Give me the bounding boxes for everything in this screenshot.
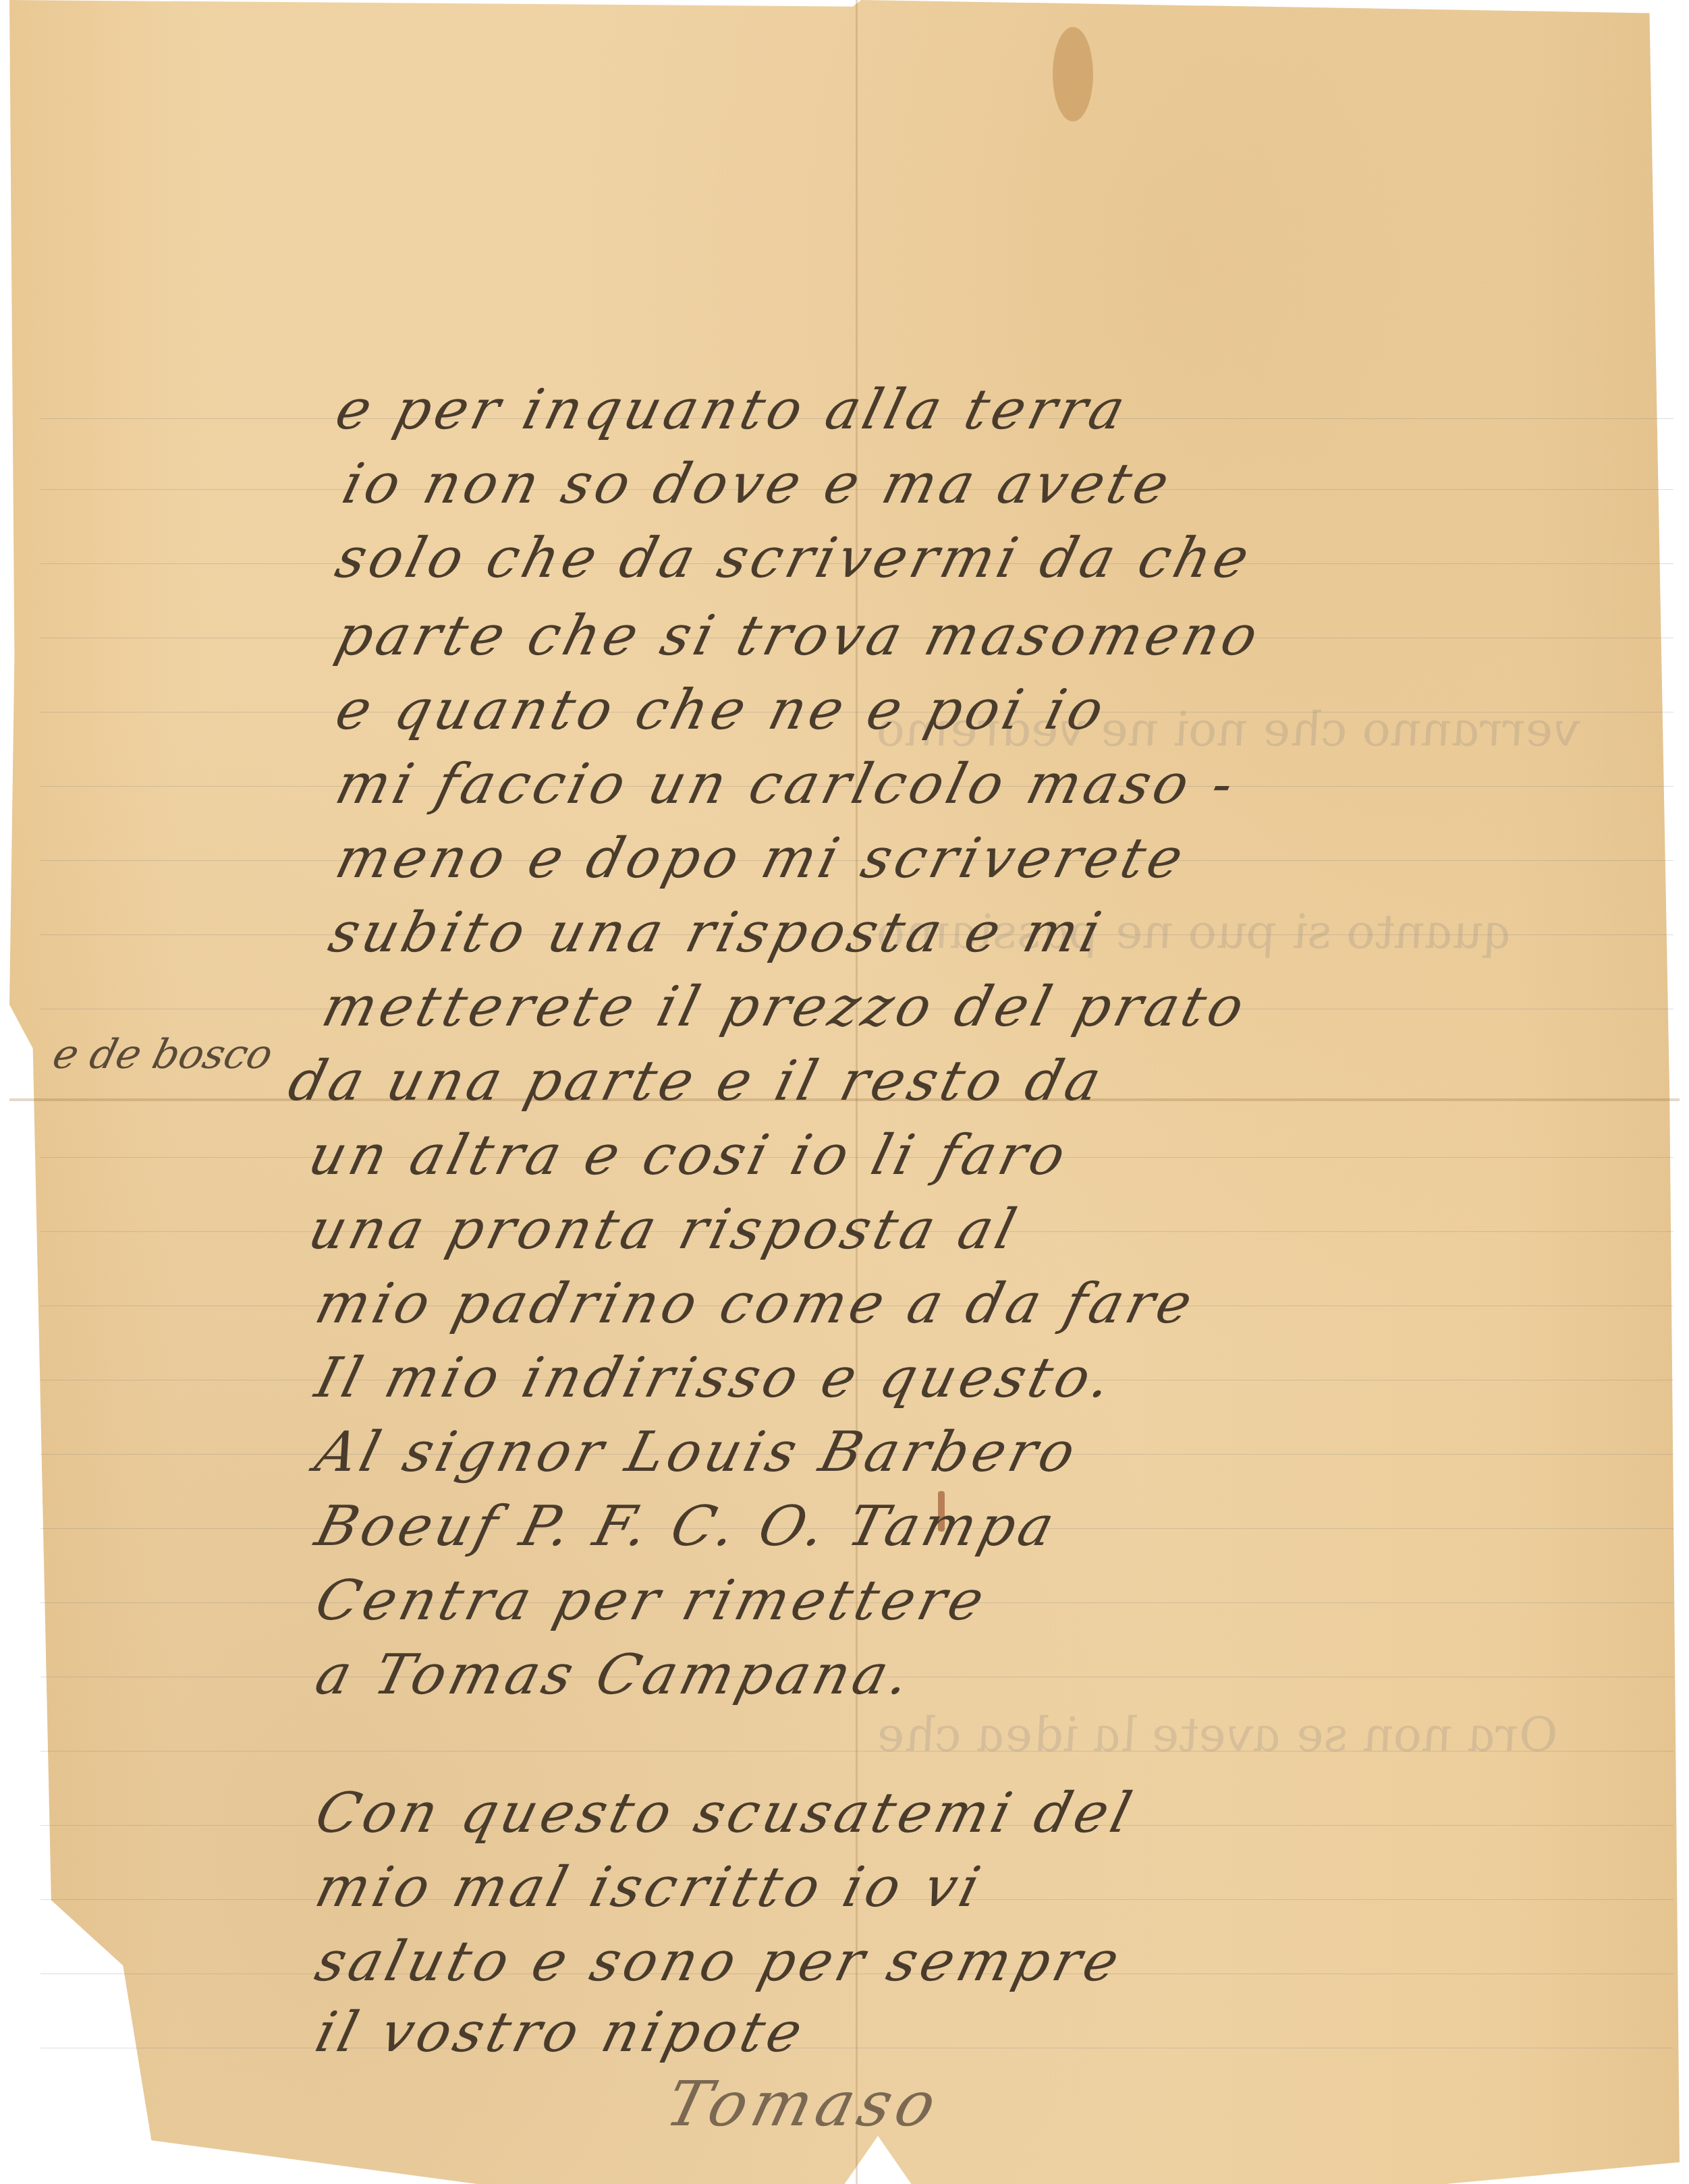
letter-line: Il mio indirisso e questo.: [309, 1346, 1122, 1410]
letter-line: Con questo scusatemi del: [309, 1781, 1142, 1845]
margin-note: e de bosco: [48, 1031, 277, 1078]
paper-stain: [1053, 27, 1093, 121]
letter-line: il vostro nipote: [309, 2000, 812, 2065]
letter-line: mio mal iscritto io vi: [309, 1855, 990, 1920]
ruled-line: [40, 2048, 1673, 2048]
letter-line: subito una risposta e mi: [323, 901, 1111, 965]
letter-line: mio padrino come a da fare: [309, 1272, 1202, 1336]
letter-line: mi faccio un carlcolo maso -: [329, 752, 1244, 816]
letter-line: e per inquanto alla terra: [329, 378, 1135, 442]
letter-line: da una parte e il resto da: [282, 1049, 1111, 1113]
letter-line: io non so dove e ma avete: [336, 452, 1179, 516]
letter-line: Centra per rimettere: [309, 1569, 994, 1633]
letter-line: a Tomas Campana.: [309, 1643, 920, 1707]
letter-line: solo che da scrivermi da che: [329, 526, 1259, 590]
letter-line: metterete il prezzo del prato: [316, 975, 1254, 1039]
letter-line: parte che si trova masomeno: [329, 604, 1268, 668]
letter-line: saluto e sono per sempre: [309, 1930, 1129, 1994]
letter-line: un altra e cosi io li faro: [302, 1123, 1076, 1187]
signature: Tomaso: [659, 2068, 949, 2140]
letter-line: una pronta risposta al: [302, 1198, 1026, 1262]
letter-line: Boeuf P. F. C. O. Tampa: [309, 1494, 1064, 1559]
letter-line: meno e dopo mi scriverete: [329, 827, 1193, 891]
bleed-through-text: Ora non se avete la idea che: [870, 1707, 1565, 1762]
letter-line: Al signor Louis Barbero: [309, 1420, 1085, 1484]
letter-line: e quanto che ne e poi io: [329, 678, 1114, 742]
